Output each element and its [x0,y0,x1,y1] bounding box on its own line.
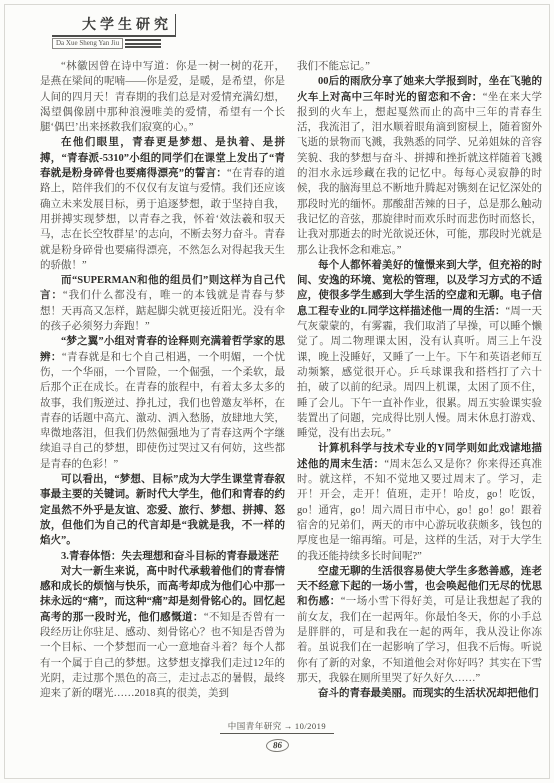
masthead-bars-decoration [125,39,161,48]
paragraph: 我们不能忘记。” [297,59,542,74]
quoted-text: “在青春的道路上，陪伴我们的不仅仅有友谊与爱情。我们还应该确立未来发展目标，勇于… [40,168,285,271]
article-body: “林徽因曾在诗中写道：你是一树一树的花开，是燕在梁间的呢喃——你是爱，是暖，是希… [40,59,542,701]
quoted-text: “不知是否曾有一段经历让你驻足、感动、刻骨铭心？也不知是否曾为一个目标、一个梦想… [40,612,285,699]
paragraph: 可以看出，“梦想、目标”成为大学生课堂青春叙事最主要的关键词。新时代大学生，他们… [40,472,285,548]
quoted-text: “周末怎么又是你？你来得还真准时。就这样，不知不觉地又要过周末了。学习，走开！开… [297,459,542,562]
narrative-text: 3.青春体悟：失去理想和奋斗目标的青春最迷茫 [61,551,279,562]
paragraph: 空虚无聊的生活很容易使大学生多愁善感，连老天不经意下起的一场小雪，也会唤起他们无… [297,564,542,686]
quoted-text: “周一天气灰蒙蒙的，有雾霾，我们取消了早操，可以睡个懒觉了。周二物理课太困，没有… [297,306,542,439]
quoted-text: “一场小雪下得好美，可是让我想起了我的前女友，我们在一起两年。你最怕冬天，你的小… [297,596,542,683]
narrative-text: 可以看出，“梦想、目标”成为大学生课堂青春叙事最主要的关键词。新时代大学生，他们… [40,474,285,546]
journal-masthead: 大学生研究 Da Xue Sheng Yan Jiu [52,14,176,49]
quoted-text: “坐在来大学报到的火车上，想起戛然而止的高中三年的青春生活，我流泪了，泪水顺着眼… [297,92,542,256]
footer-journal-info: 中国青年研究→10/2019 [220,720,334,734]
journal-page: 大学生研究 Da Xue Sheng Yan Jiu “林徽因曾在诗中写道：你是… [0,0,554,783]
page-number: 86 [265,738,289,752]
journal-title-pinyin: Da Xue Sheng Yan Jiu [52,38,123,49]
paragraph: “梦之翼”小组对青春的诠释则充满着哲学家的思辨：“青春就是和七个自己相遇，一个明… [40,334,285,472]
paragraph: 计算机科学与技术专业的Y同学则如此戏谑地描述他的周末生活：“周末怎么又是你？你来… [297,441,542,563]
paragraph: 而“SUPERMAN和他的组员们”则这样为自己代言：“我们什么都没有，唯一的本钱… [40,273,285,334]
left-column: “林徽因曾在诗中写道：你是一树一树的花开，是燕在梁间的呢喃——你是爱，是暖，是希… [40,59,285,701]
footer-arrow-icon: → [284,721,293,731]
journal-title: 大学生研究 [52,14,176,37]
quoted-text: 我们不能忘记。” [297,61,370,72]
section-heading: 3.青春体悟：失去理想和奋斗目标的青春最迷茫 [40,549,285,564]
paragraph: 奋斗的青春最美丽。而现实的生活状况却把他们 [297,686,542,701]
footer-journal-name: 中国青年研究 [228,721,282,731]
page-footer: 中国青年研究→10/2019 86 [0,720,554,753]
paragraph: 00后的雨欣分享了她来大学报到时，坐在飞驰的火车上对高中三年时光的留恋和不舍：“… [297,74,542,258]
narrative-text: 奋斗的青春最美丽。而现实的生活状况却把他们 [318,688,539,699]
footer-issue: 10/2019 [295,721,326,731]
right-column: 我们不能忘记。”00后的雨欣分享了她来大学报到时，坐在飞驰的火车上对高中三年时光… [297,59,542,701]
paragraph: “林徽因曾在诗中写道：你是一树一树的花开，是燕在梁间的呢喃——你是爱，是暖，是希… [40,59,285,135]
paragraph: 在他们眼里，青春更是梦想、是执着、是拼搏，“青春派-5310”小组的同学们在课堂… [40,135,285,273]
paragraph: 每个人都怀着美好的憧憬来到大学，但充裕的时间、安逸的环境、宽松的管理，以及学习方… [297,258,542,442]
quoted-text: “我们什么都没有，唯一的本钱就是青春与梦想！天再高又怎样，踮起脚尖就更接近阳光。… [40,290,285,332]
paragraph: 对大一新生来说，高中时代承载着他们的青春情感和成长的烦恼与快乐，而高考却成为他们… [40,564,285,702]
quoted-text: “林徽因曾在诗中写道：你是一树一树的花开，是燕在梁间的呢喃——你是爱，是暖，是希… [40,61,285,133]
journal-subtitle-row: Da Xue Sheng Yan Jiu [52,38,176,49]
page-number-wrap: 86 [266,735,289,753]
quoted-text: “青春就是和七个自己相遇，一个明媚，一个忧伤，一个华丽，一个冒险，一个倔强，一个… [40,352,285,470]
